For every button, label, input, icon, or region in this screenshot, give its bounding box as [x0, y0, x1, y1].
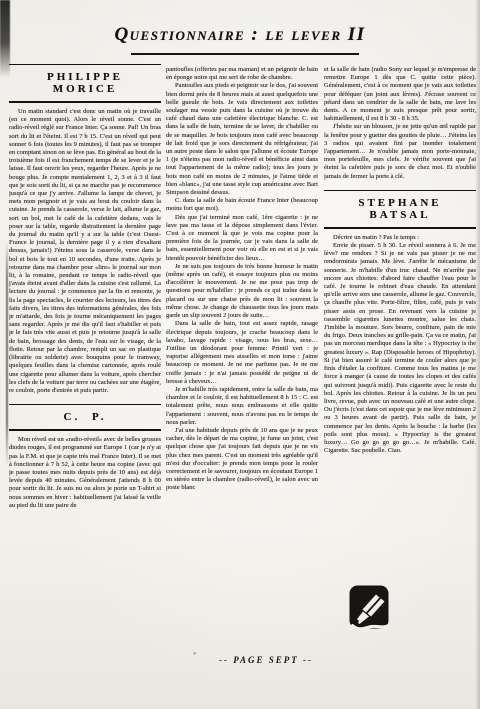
column-left: PHILIPPE MORICEUn matin standard c'est d… — [9, 64, 161, 664]
paragraph: Je m'habille très rapidement, entre la s… — [166, 386, 318, 427]
scan-artifact-gutter-line — [6, 242, 8, 467]
paragraph: J'ai une habitude depuis près de 10 ans … — [166, 427, 318, 493]
paragraph: Dans la salle de bain, tout est assez ra… — [166, 320, 318, 386]
paragraph: Pantoufles aux pieds et peignoir sur le … — [166, 82, 318, 197]
column-center: pantoufles (offertes par ma maman) et un… — [166, 66, 318, 666]
magazine-page: Questionnaire : le lever II PHILIPPE MOR… — [0, 0, 480, 709]
footer-page-label: -- PAGE SEPT -- — [219, 655, 313, 665]
paragraph: Un matin standard c'est donc un matin où… — [9, 108, 161, 395]
paragraph: Je ne suis pas toujours de très bonne hu… — [166, 263, 318, 320]
masthead: Questionnaire : le lever II — [0, 24, 480, 46]
paragraph: J'hésite sur un blouson, je ne jette qu'… — [324, 123, 476, 180]
paragraph: Envie de pisser. 5 h 30. Le réveil sonne… — [324, 242, 476, 455]
paragraph: pantoufles (offertes par ma maman) et un… — [166, 66, 318, 82]
column-right: et la salle de bain (radio Sony sur lequ… — [324, 66, 476, 666]
section-heading: PHILIPPE MORICE — [9, 64, 161, 103]
paragraph: C. dans la salle de bain écoute France I… — [166, 197, 318, 213]
title-underline — [131, 53, 359, 55]
paragraph: Dès que j'ai terminé mon café, 1ère ciga… — [166, 214, 318, 263]
pencil-logo-icon — [349, 585, 389, 637]
page-footer: -- PAGE SEPT -- — [96, 655, 436, 665]
section-heading: STEPHANE BATSAL — [324, 190, 476, 229]
paragraph: et la salle de bain (radio Sony sur lequ… — [324, 66, 476, 123]
paragraph: Mon réveil est un «radio-réveil» avec de… — [9, 436, 161, 510]
section-heading: C. P. — [9, 404, 161, 431]
paragraph: Décrire un matin ? Pas le temps : — [324, 234, 476, 242]
page-title: Questionnaire : le lever II — [0, 24, 480, 46]
